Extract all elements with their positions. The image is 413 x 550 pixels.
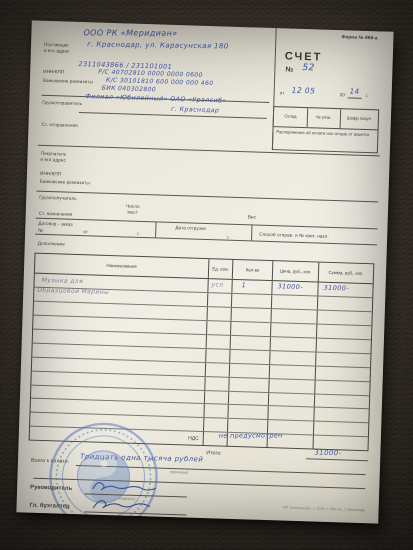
invoice-number-handwritten: 52 [302, 63, 315, 73]
director-label: Руководитель [30, 485, 72, 494]
rule [251, 224, 253, 240]
supplier-name-handwritten: ООО РК «Меридиан» [83, 28, 177, 37]
supplier-address-handwritten: г. Краснодар, ул. Карасунская 180 [87, 40, 229, 50]
places-label: Число мест [126, 203, 140, 215]
item-qty-handwritten: 1 [241, 281, 246, 289]
payment-order-text: Распоряжение об оплате или отказе от акц… [273, 127, 377, 139]
warehouse-cell: Склад [274, 107, 309, 127]
contract-no-label: № [38, 228, 43, 234]
printer-imprint: МП «Копицентр». з. 2345. т. 500 экз. г. … [185, 502, 365, 512]
rule [306, 458, 368, 461]
supplier-label-line2: и его адрес [44, 48, 70, 55]
col-header-qty: Кол-во [233, 260, 274, 280]
date-prefix: от [280, 90, 285, 96]
col-header-unit: Ед. изм. [209, 259, 234, 279]
col-header-price: Цена, руб., коп. [273, 261, 320, 281]
package-cell: № упак. [308, 108, 342, 128]
shipper-handwritten: Филиал «Юбилейный» ОАО «Уралсиб» [85, 93, 226, 104]
rule [36, 191, 378, 203]
buyer-label-line2: и его адрес [40, 157, 66, 164]
year-printed: 20 [340, 92, 345, 98]
invoice-paper: ООО РК «Меридиан» Поставщик и его адрес … [16, 20, 393, 523]
supplier-inn-label: ИНН/КПП [43, 69, 64, 75]
consignee-label: Грузополучатель [39, 195, 77, 202]
buyer-code-cell: Шифр покуп. [341, 109, 379, 129]
payment-box: Склад № упак. Шифр покуп. Распоряжение о… [272, 106, 379, 153]
item-name-line1-handwritten: Музыка для [42, 277, 84, 285]
supplier-bank-label: Банковские реквизиты [43, 78, 93, 85]
item-price-handwritten: 31000- [277, 282, 303, 291]
col-header-sum: Сумма, руб., коп. [319, 263, 374, 284]
rule [79, 112, 267, 119]
buyer-label: Покупатель и его адрес [40, 151, 66, 163]
date-handwritten: 12 05 [292, 86, 316, 96]
total-label: Итого: [206, 450, 222, 457]
contract-from-label: от [83, 229, 88, 235]
invoice-number-sign: № [285, 66, 293, 73]
supplier-label: Поставщик и его адрес [44, 42, 70, 54]
buyer-inn-label: ИНН/КПП [40, 171, 61, 177]
words-hint: (прописью) [170, 470, 189, 475]
contract-year-label: г. [137, 231, 140, 237]
shipper-city-handwritten: г. Краснодар [171, 106, 219, 115]
depart-station-label: Ст. отправления [41, 122, 77, 129]
buyer-bank-label: Банковские реквизиты [40, 179, 90, 186]
contract-label: Договор - заказ [38, 221, 72, 228]
bank-bik-handwritten: БИК 040302800 [102, 85, 157, 94]
year-handwritten: 14 [350, 87, 360, 95]
year-suffix: г. [366, 93, 369, 99]
rule [348, 97, 362, 98]
total-value-handwritten: 31000- [314, 449, 341, 458]
ship-date-label: Дата отгрузки [175, 225, 206, 232]
shipper-label: Грузоотправитель [42, 100, 82, 107]
accountant-label: Гл. бухгалтер [29, 503, 69, 511]
photo-background: ООО РК «Меридиан» Поставщик и его адрес … [0, 0, 413, 550]
form-number: Форма № 868-а [277, 32, 377, 41]
rule [155, 221, 157, 237]
invoice-title: СЧЕТ [285, 50, 323, 63]
ship-method-label: Способ отправ. и № квит. накл. [259, 232, 329, 240]
dest-station-label: Ст. назначения [39, 211, 73, 218]
addition-label: Дополнение [38, 241, 65, 248]
weight-label: Вес [248, 214, 256, 220]
item-unit-handwritten: усл [211, 281, 223, 288]
rule [36, 218, 378, 230]
places-label-line2: мест [126, 209, 140, 215]
item-sum-handwritten: 31000- [323, 284, 349, 293]
vat-value-handwritten: не предусмотрен [219, 432, 283, 439]
